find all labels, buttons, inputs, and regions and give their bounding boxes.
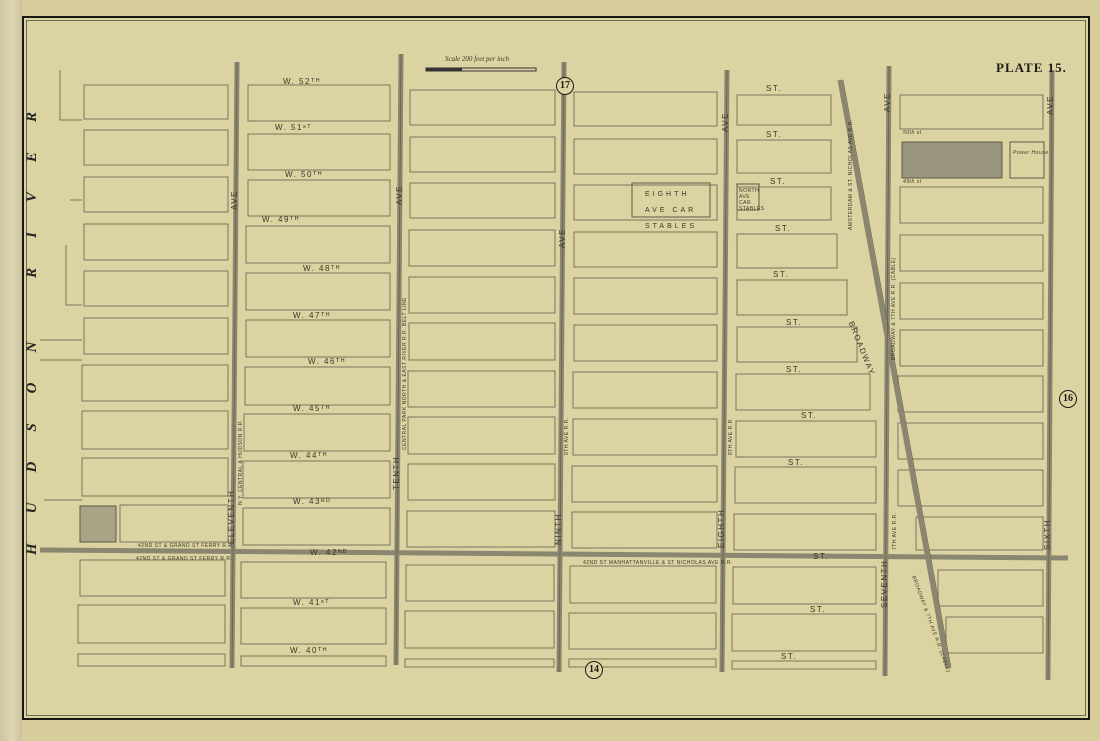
rr-label-ninth-ave: 9TH AVE R.R. xyxy=(564,417,570,455)
st-label: ST. xyxy=(810,605,826,614)
st-label: ST. xyxy=(775,224,791,233)
landmark-car-stables: EIGHTH AVE CAR STABLES xyxy=(645,187,705,235)
avenue-label-seventh: SEVENTH xyxy=(880,560,889,608)
adjacent-plate-south[interactable]: 14 xyxy=(585,661,603,679)
street-label-w44: W. 44ᵀᴴ xyxy=(290,451,328,460)
avenue-label-tenth-ave: AVE xyxy=(395,185,404,205)
avenue-label-eighth: EIGHTH xyxy=(717,509,726,548)
street-label-w42: W. 42ᴺᴰ xyxy=(310,548,348,557)
landmark-power-house: Power House xyxy=(1013,150,1049,156)
street-label-w49: W. 49ᵀᴴ xyxy=(262,215,300,224)
st-label: ST. xyxy=(770,177,786,186)
rr-label-manhattanville: 42ND ST MANHATTANVILLE & ST NICHOLAS AVE… xyxy=(583,560,733,566)
avenue-label-eighth-ave: AVE xyxy=(721,112,730,132)
avenue-label-sixth: SIXTH xyxy=(1043,519,1052,550)
street-label-w50: W. 50ᵀᴴ xyxy=(285,170,323,179)
landmark-50th-st: 50th st xyxy=(903,130,922,136)
st-label: ST. xyxy=(781,652,797,661)
avenue-label-ninth-ave: AVE xyxy=(558,228,567,248)
avenue-label-eleventh-ave: AVE xyxy=(230,190,239,210)
st-label: ST. xyxy=(786,318,802,327)
landmark-north-car-stables: NORTH AVE CAR STABLES xyxy=(739,188,757,212)
landmark-49th-st: 49th st xyxy=(903,179,922,185)
st-label: ST. xyxy=(786,365,802,374)
street-label-w45: W. 45ᵀᴴ xyxy=(293,404,331,413)
street-label-w46: W. 46ᵀᴴ xyxy=(308,357,346,366)
street-label-w47: W. 47ᵀᴴ xyxy=(293,311,331,320)
plate-title: PLATE 15. xyxy=(996,60,1067,76)
hudson-river-label: HUDSON RIVER xyxy=(24,82,41,555)
street-label-w52: W. 52ᵀᴴ xyxy=(283,77,321,86)
scale-label: Scale 200 feet per inch xyxy=(445,55,509,63)
street-label-w48: W. 48ᵀᴴ xyxy=(303,264,341,273)
adjacent-plate-east[interactable]: 16 xyxy=(1059,390,1077,408)
rr-label-ferry-south: 42ND ST & GRAND ST FERRY R.R. xyxy=(136,556,232,562)
st-label: ST. xyxy=(766,84,782,93)
street-label-w40: W. 40ᵀᴴ xyxy=(290,646,328,655)
rr-label-ferry-north: 42ND ST & GRAND ST FERRY R.R. xyxy=(138,543,234,549)
st-label: ST. xyxy=(813,552,829,561)
street-label-w43: W. 43ᴿᴰ xyxy=(293,497,331,506)
rr-label-amsterdam: AMSTERDAM & ST. NICHOLAS AVE R.R. xyxy=(848,119,854,230)
avenue-label-sixth-ave: AVE xyxy=(1046,95,1055,115)
rr-label-seventh-ave: 7TH AVE R.R. xyxy=(892,512,898,550)
avenue-label-eleventh: ELEVENTH xyxy=(227,490,236,544)
street-label-w51: W. 51ˢᵀ xyxy=(275,123,312,132)
st-label: ST. xyxy=(766,130,782,139)
street-label-w41: W. 41ˢᵀ xyxy=(293,598,330,607)
avenue-label-seventh-ave: AVE xyxy=(883,92,892,112)
st-label: ST. xyxy=(788,458,804,467)
rr-label-eighth-ave: 8TH AVE R.R. xyxy=(728,417,734,455)
avenue-label-ninth: NINTH xyxy=(554,513,563,545)
adjacent-plate-north[interactable]: 17 xyxy=(556,77,574,95)
st-label: ST. xyxy=(773,270,789,279)
avenue-label-tenth: TENTH xyxy=(392,456,401,490)
rr-label-broadway-seventh: BROADWAY & 7TH AVE R.R. (CABLE) xyxy=(891,257,897,360)
rr-label-belt-line: CENTRAL PARK NORTH & EAST RIVER R.R. BEL… xyxy=(402,297,408,450)
rr-label-hudson: N.Y. CENTRAL & HUDSON R.R. xyxy=(238,419,244,505)
st-label: ST. xyxy=(801,411,817,420)
